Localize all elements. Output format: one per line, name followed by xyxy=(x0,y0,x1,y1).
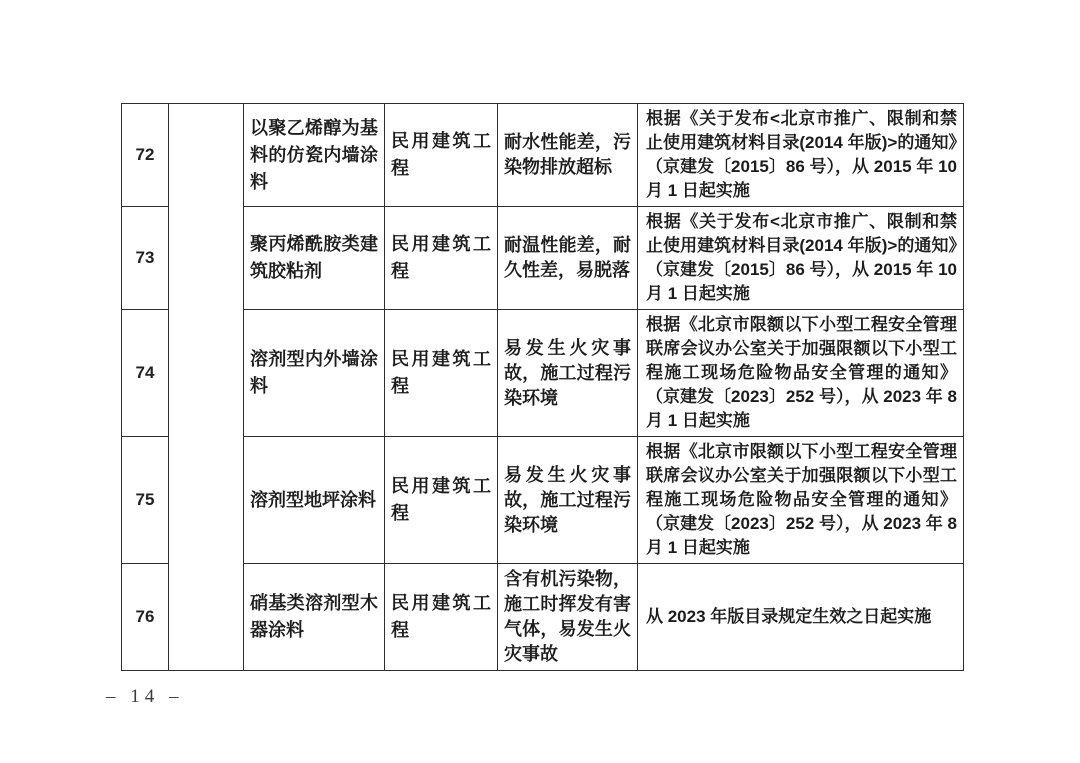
material-name-cell: 以聚乙烯醇为基料的仿瓷内墙涂料 xyxy=(244,104,385,207)
reason-cell: 易发生火灾事故，施工过程污染环境 xyxy=(498,310,638,437)
document-page: 72 以聚乙烯醇为基料的仿瓷内墙涂料 民用建筑工程 耐水性能差，污染物排放超标 … xyxy=(0,0,1080,763)
material-name-cell: 硝基类溶剂型木器涂料 xyxy=(244,564,385,671)
material-name-cell: 溶剂型内外墙涂料 xyxy=(244,310,385,437)
table-row: 76 硝基类溶剂型木器涂料 民用建筑工程 含有机污染物，施工时挥发有害气体，易发… xyxy=(122,564,964,671)
material-name-cell: 聚丙烯酰胺类建筑胶粘剂 xyxy=(244,207,385,310)
basis-cell: 根据《北京市限额以下小型工程安全管理联席会议办公室关于加强限额以下小型工程施工现… xyxy=(638,437,964,564)
basis-cell: 根据《关于发布<北京市推广、限制和禁止使用建筑材料目录(2014 年版)>的通知… xyxy=(638,104,964,207)
reason-cell: 易发生火灾事故，施工过程污染环境 xyxy=(498,437,638,564)
basis-cell: 根据《关于发布<北京市推广、限制和禁止使用建筑材料目录(2014 年版)>的通知… xyxy=(638,207,964,310)
scope-cell: 民用建筑工程 xyxy=(385,104,498,207)
row-number-cell: 73 xyxy=(122,207,169,310)
category-cell xyxy=(169,104,244,671)
row-number-cell: 74 xyxy=(122,310,169,437)
row-number-cell: 76 xyxy=(122,564,169,671)
page-number: – 14 – xyxy=(106,686,184,708)
basis-cell: 从 2023 年版目录规定生效之日起实施 xyxy=(638,564,964,671)
reason-cell: 耐温性能差，耐久性差，易脱落 xyxy=(498,207,638,310)
scope-cell: 民用建筑工程 xyxy=(385,207,498,310)
reason-cell: 耐水性能差，污染物排放超标 xyxy=(498,104,638,207)
scope-cell: 民用建筑工程 xyxy=(385,437,498,564)
reason-cell: 含有机污染物，施工时挥发有害气体，易发生火灾事故 xyxy=(498,564,638,671)
scope-cell: 民用建筑工程 xyxy=(385,564,498,671)
table-row: 72 以聚乙烯醇为基料的仿瓷内墙涂料 民用建筑工程 耐水性能差，污染物排放超标 … xyxy=(122,104,964,207)
table-row: 74 溶剂型内外墙涂料 民用建筑工程 易发生火灾事故，施工过程污染环境 根据《北… xyxy=(122,310,964,437)
material-name-cell: 溶剂型地坪涂料 xyxy=(244,437,385,564)
table-row: 73 聚丙烯酰胺类建筑胶粘剂 民用建筑工程 耐温性能差，耐久性差，易脱落 根据《… xyxy=(122,207,964,310)
scope-cell: 民用建筑工程 xyxy=(385,310,498,437)
table-row: 75 溶剂型地坪涂料 民用建筑工程 易发生火灾事故，施工过程污染环境 根据《北京… xyxy=(122,437,964,564)
basis-cell: 根据《北京市限额以下小型工程安全管理联席会议办公室关于加强限额以下小型工程施工现… xyxy=(638,310,964,437)
row-number-cell: 75 xyxy=(122,437,169,564)
banned-materials-table: 72 以聚乙烯醇为基料的仿瓷内墙涂料 民用建筑工程 耐水性能差，污染物排放超标 … xyxy=(121,103,964,671)
row-number-cell: 72 xyxy=(122,104,169,207)
